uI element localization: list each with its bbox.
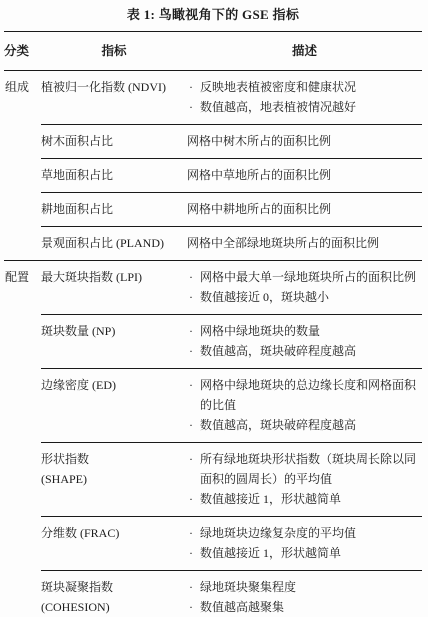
category-cell bbox=[4, 227, 41, 261]
indicator-cell: 斑块数量 (NP) bbox=[41, 315, 187, 369]
description-bullet: ·数值越高，地表植被情况越好 bbox=[187, 97, 422, 117]
table-row: 斑块凝聚指数 (COHESION)·绿地斑块聚集程度·数值越高越聚集 bbox=[4, 571, 422, 617]
category-cell bbox=[4, 193, 41, 227]
category-cell: 配置 bbox=[4, 261, 41, 315]
category-cell bbox=[4, 369, 41, 443]
description-bullet: ·数值越高，斑块破碎程度越高 bbox=[187, 415, 422, 435]
description-cell: 网格中草地所占的面积比例 bbox=[187, 159, 422, 193]
category-cell bbox=[4, 315, 41, 369]
category-cell: 组成 bbox=[4, 71, 41, 125]
indicator-cell: 最大斑块指数 (LPI) bbox=[41, 261, 187, 315]
bullet-text: 数值越高越聚集 bbox=[200, 600, 284, 614]
description-bullet: ·绿地斑块聚集程度 bbox=[187, 577, 422, 597]
description-bullet: ·数值越高越聚集 bbox=[187, 597, 422, 617]
description-bullet: ·数值越接近 0，斑块越小 bbox=[187, 287, 422, 307]
description-cell: ·网格中绿地斑块的总边缘长度和网格面积的比值·数值越高，斑块破碎程度越高 bbox=[187, 369, 422, 443]
description-bullet: ·数值越接近 1，形状越简单 bbox=[187, 489, 422, 509]
bullet-text: 网格中绿地斑块的数量 bbox=[200, 324, 320, 338]
bullet-text: 数值越接近 0，斑块越小 bbox=[200, 290, 329, 304]
indicator-cell: 树木面积占比 bbox=[41, 125, 187, 159]
bullet-text: 数值越接近 1，形状越简单 bbox=[200, 492, 341, 506]
description-bullet: ·数值越高，斑块破碎程度越高 bbox=[187, 341, 422, 361]
indicator-cell: 植被归一化指数 (NDVI) bbox=[41, 71, 187, 125]
header-indicator: 指标 bbox=[41, 32, 187, 71]
category-cell bbox=[4, 443, 41, 517]
bullet-icon: · bbox=[189, 523, 193, 543]
header-category: 分类 bbox=[4, 32, 41, 71]
table-row: 形状指数 (SHAPE)·所有绿地斑块形状指数（斑块周长除以同面积的圆周长）的平… bbox=[4, 443, 422, 517]
bullet-icon: · bbox=[189, 97, 193, 117]
description-bullet: ·反映地表植被密度和健康状况 bbox=[187, 77, 422, 97]
table-row: 草地面积占比网格中草地所占的面积比例 bbox=[4, 159, 422, 193]
bullet-text: 反映地表植被密度和健康状况 bbox=[200, 80, 356, 94]
description-cell: 网格中耕地所占的面积比例 bbox=[187, 193, 422, 227]
bullet-icon: · bbox=[189, 415, 193, 435]
bullet-text: 数值越高，地表植被情况越好 bbox=[200, 100, 356, 114]
header-row: 分类 指标 描述 bbox=[4, 32, 422, 71]
description-cell: ·绿地斑块聚集程度·数值越高越聚集 bbox=[187, 571, 422, 617]
header-description: 描述 bbox=[187, 32, 422, 71]
description-bullet: ·网格中绿地斑块的数量 bbox=[187, 321, 422, 341]
description-cell: ·所有绿地斑块形状指数（斑块周长除以同面积的圆周长）的平均值·数值越接近 1，形… bbox=[187, 443, 422, 517]
table-row: 斑块数量 (NP)·网格中绿地斑块的数量·数值越高，斑块破碎程度越高 bbox=[4, 315, 422, 369]
table-row: 分维数 (FRAC)·绿地斑块边缘复杂度的平均值·数值越接近 1，形状越简单 bbox=[4, 517, 422, 571]
table-row: 景观面积占比 (PLAND)网格中全部绿地斑块所占的面积比例 bbox=[4, 227, 422, 261]
description-cell: ·网格中绿地斑块的数量·数值越高，斑块破碎程度越高 bbox=[187, 315, 422, 369]
table-header: 分类 指标 描述 bbox=[4, 32, 422, 71]
table-body: 组成植被归一化指数 (NDVI)·反映地表植被密度和健康状况·数值越高，地表植被… bbox=[4, 71, 422, 617]
table-title: 表 1: 鸟瞰视角下的 GSE 指标 bbox=[4, 4, 422, 31]
bullet-icon: · bbox=[189, 489, 193, 509]
description-cell: 网格中全部绿地斑块所占的面积比例 bbox=[187, 227, 422, 261]
bullet-icon: · bbox=[189, 77, 193, 97]
bullet-text: 数值越高，斑块破碎程度越高 bbox=[200, 344, 356, 358]
bullet-text: 绿地斑块聚集程度 bbox=[200, 580, 296, 594]
bullet-text: 数值越高，斑块破碎程度越高 bbox=[200, 418, 356, 432]
bullet-text: 数值越接近 1，形状越简单 bbox=[200, 546, 341, 560]
bullet-text: 网格中绿地斑块的总边缘长度和网格面积的比值 bbox=[200, 378, 416, 412]
description-bullet: ·所有绿地斑块形状指数（斑块周长除以同面积的圆周长）的平均值 bbox=[187, 449, 422, 489]
indicator-cell: 形状指数 (SHAPE) bbox=[41, 443, 187, 517]
description-bullet: ·网格中绿地斑块的总边缘长度和网格面积的比值 bbox=[187, 375, 422, 415]
bullet-icon: · bbox=[189, 267, 193, 287]
table-row: 配置最大斑块指数 (LPI)·网格中最大单一绿地斑块所占的面积比例·数值越接近 … bbox=[4, 261, 422, 315]
table-row: 树木面积占比网格中树木所占的面积比例 bbox=[4, 125, 422, 159]
category-cell bbox=[4, 125, 41, 159]
bullet-icon: · bbox=[189, 597, 193, 617]
bullet-icon: · bbox=[189, 543, 193, 563]
document-page: 表 1: 鸟瞰视角下的 GSE 指标 分类 指标 描述 组成植被归一化指数 (N… bbox=[0, 0, 428, 617]
bullet-icon: · bbox=[189, 341, 193, 361]
table-row: 组成植被归一化指数 (NDVI)·反映地表植被密度和健康状况·数值越高，地表植被… bbox=[4, 71, 422, 125]
description-bullet: ·绿地斑块边缘复杂度的平均值 bbox=[187, 523, 422, 543]
description-bullet: ·数值越接近 1，形状越简单 bbox=[187, 543, 422, 563]
bullet-text: 所有绿地斑块形状指数（斑块周长除以同面积的圆周长）的平均值 bbox=[200, 452, 416, 486]
indicator-cell: 耕地面积占比 bbox=[41, 193, 187, 227]
indicator-cell: 分维数 (FRAC) bbox=[41, 517, 187, 571]
category-cell bbox=[4, 571, 41, 617]
description-cell: ·绿地斑块边缘复杂度的平均值·数值越接近 1，形状越简单 bbox=[187, 517, 422, 571]
bullet-icon: · bbox=[189, 321, 193, 341]
indicator-cell: 边缘密度 (ED) bbox=[41, 369, 187, 443]
table-row: 边缘密度 (ED)·网格中绿地斑块的总边缘长度和网格面积的比值·数值越高，斑块破… bbox=[4, 369, 422, 443]
bullet-text: 网格中最大单一绿地斑块所占的面积比例 bbox=[200, 270, 416, 284]
indicator-cell: 景观面积占比 (PLAND) bbox=[41, 227, 187, 261]
bullet-icon: · bbox=[189, 287, 193, 307]
table-row: 耕地面积占比网格中耕地所占的面积比例 bbox=[4, 193, 422, 227]
category-cell bbox=[4, 159, 41, 193]
gse-indicators-table: 分类 指标 描述 组成植被归一化指数 (NDVI)·反映地表植被密度和健康状况·… bbox=[4, 31, 422, 617]
bullet-icon: · bbox=[189, 375, 193, 395]
description-cell: 网格中树木所占的面积比例 bbox=[187, 125, 422, 159]
bullet-text: 绿地斑块边缘复杂度的平均值 bbox=[200, 526, 356, 540]
bullet-icon: · bbox=[189, 577, 193, 597]
description-cell: ·网格中最大单一绿地斑块所占的面积比例·数值越接近 0，斑块越小 bbox=[187, 261, 422, 315]
description-cell: ·反映地表植被密度和健康状况·数值越高，地表植被情况越好 bbox=[187, 71, 422, 125]
indicator-cell: 草地面积占比 bbox=[41, 159, 187, 193]
bullet-icon: · bbox=[189, 449, 193, 469]
category-cell bbox=[4, 517, 41, 571]
indicator-cell: 斑块凝聚指数 (COHESION) bbox=[41, 571, 187, 617]
description-bullet: ·网格中最大单一绿地斑块所占的面积比例 bbox=[187, 267, 422, 287]
